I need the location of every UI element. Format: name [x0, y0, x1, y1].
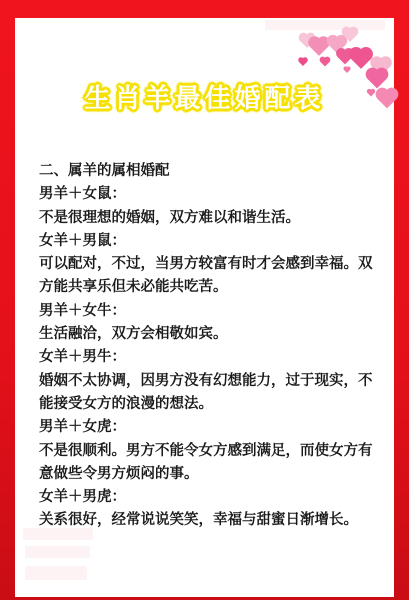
pairing-label: 女羊＋男鼠：: [39, 230, 375, 253]
pairing-label: 男羊＋女鼠：: [39, 183, 375, 206]
pairing-description: 能接受女方的浪漫的想法。: [39, 393, 375, 416]
pairing-description: 可以配对，不过，当男方较富有时才会感到幸福。双: [39, 253, 375, 276]
pairing-description: 生活融洽，双方会相敬如宾。: [39, 323, 375, 346]
section-heading: 二、属羊的属相婚配: [39, 160, 375, 183]
pairing-description: 不是很理想的婚姻，双方难以和谐生活。: [39, 207, 375, 230]
pairing-label: 男羊＋女虎：: [39, 416, 375, 439]
pairing-list: 二、属羊的属相婚配 男羊＋女鼠： 不是很理想的婚姻，双方难以和谐生活。 女羊＋男…: [39, 160, 375, 533]
pairing-label: 男羊＋女牛：: [39, 300, 375, 323]
pairing-description: 婚姻不太协调，因男方没有幻想能力，过于现实，不: [39, 370, 375, 393]
pairing-description: 意做些令男方烦闷的事。: [39, 463, 375, 486]
pairing-description: 方能共享乐但未必能共吃苦。: [39, 276, 375, 299]
page-title: 生肖羊最佳婚配表: [0, 80, 409, 118]
watermark-block: [25, 566, 87, 580]
watermark-block: [265, 20, 385, 30]
pairing-description: 不是很顺利。男方不能令女方感到满足，而使女方有: [39, 440, 375, 463]
pairing-label: 女羊＋男虎：: [39, 486, 375, 509]
watermark-block: [25, 546, 90, 558]
pairing-description: 关系很好，经常说说笑笑，幸福与甜蜜日渐增长。: [39, 509, 375, 532]
pairing-label: 女羊＋男牛：: [39, 346, 375, 369]
